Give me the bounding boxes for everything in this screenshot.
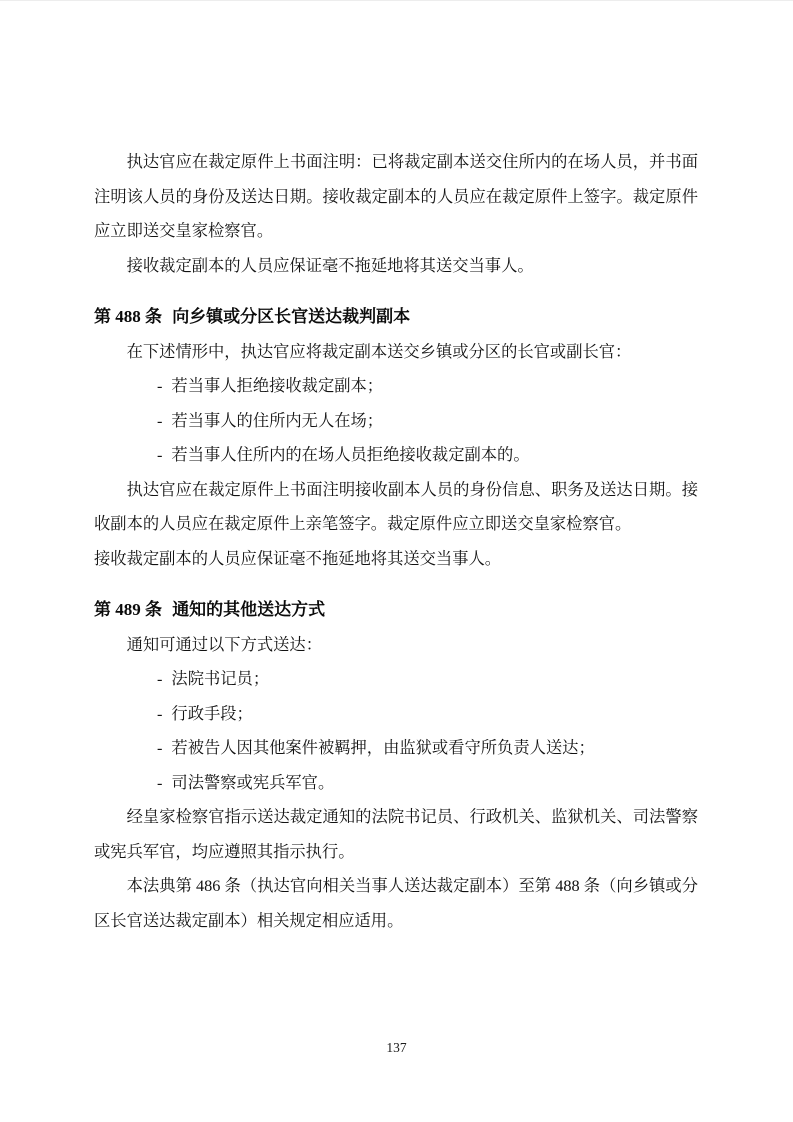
section-488-article-number: 第 488 条 [94, 307, 162, 326]
section-488-intro: 在下述情形中，执达官应将裁定副本送交乡镇或分区的长官或副长官： [94, 335, 698, 370]
list-dash: - [157, 731, 162, 766]
list-item-text: 若当事人的住所内无人在场； [171, 411, 383, 430]
section-489-intro: 通知可通过以下方式送达： [94, 628, 698, 663]
list-item: -若当事人拒绝接收裁定副本； [94, 369, 698, 404]
paragraph-serving-annotation: 执达官应在裁定原件上书面注明：已将裁定副本送交住所内的在场人员，并书面注明该人员… [94, 145, 698, 249]
list-item: -若被告人因其他案件被羁押，由监狱或看守所负责人送达； [94, 731, 698, 766]
list-item-text: 司法警察或宪兵军官。 [171, 773, 334, 792]
list-dash: - [157, 438, 162, 473]
list-item-text: 若当事人住所内的在场人员拒绝接收裁定副本的。 [171, 445, 529, 464]
section-488-paragraph: 执达官应在裁定原件上书面注明接收副本人员的身份信息、职务及送达日期。接收副本的人… [94, 473, 698, 542]
document-content: 执达官应在裁定原件上书面注明：已将裁定副本送交住所内的在场人员，并书面注明该人员… [94, 145, 698, 938]
section-489-article-title: 通知的其他送达方式 [172, 600, 325, 619]
list-item-text: 行政手段； [171, 704, 252, 723]
list-dash: - [157, 697, 162, 732]
section-489-article-number: 第 489 条 [94, 600, 162, 619]
section-489-final-paragraph: 本法典第 486 条（执达官向相关当事人送达裁定副本）至第 488 条（向乡镇或… [94, 869, 698, 938]
paragraph-delivery-guarantee: 接收裁定副本的人员应保证毫不拖延地将其送交当事人。 [94, 249, 698, 284]
list-item: -若当事人的住所内无人在场； [94, 404, 698, 439]
list-dash: - [157, 766, 162, 801]
section-488-heading: 第 488 条 向乡镇或分区长官送达裁判副本 [94, 300, 698, 335]
list-item: -司法警察或宪兵军官。 [94, 766, 698, 801]
list-item: -行政手段； [94, 697, 698, 732]
section-488-paragraph-flush: 接收裁定副本的人员应保证毫不拖延地将其送交当事人。 [94, 542, 698, 577]
list-item-text: 法院书记员； [171, 669, 269, 688]
section-489-paragraph: 经皇家检察官指示送达裁定通知的法院书记员、行政机关、监狱机关、司法警察或宪兵军官… [94, 800, 698, 869]
list-item: -若当事人住所内的在场人员拒绝接收裁定副本的。 [94, 438, 698, 473]
list-dash: - [157, 404, 162, 439]
list-item-text: 若被告人因其他案件被羁押，由监狱或看守所负责人送达； [171, 738, 594, 757]
document-page: 执达官应在裁定原件上书面注明：已将裁定副本送交住所内的在场人员，并书面注明该人员… [0, 0, 793, 1122]
section-489-heading: 第 489 条 通知的其他送达方式 [94, 593, 698, 628]
page-number: 137 [0, 1039, 793, 1057]
list-item-text: 若当事人拒绝接收裁定副本； [171, 376, 383, 395]
list-dash: - [157, 369, 162, 404]
section-488-article-title: 向乡镇或分区长官送达裁判副本 [172, 307, 410, 326]
list-item: -法院书记员； [94, 662, 698, 697]
list-dash: - [157, 662, 162, 697]
